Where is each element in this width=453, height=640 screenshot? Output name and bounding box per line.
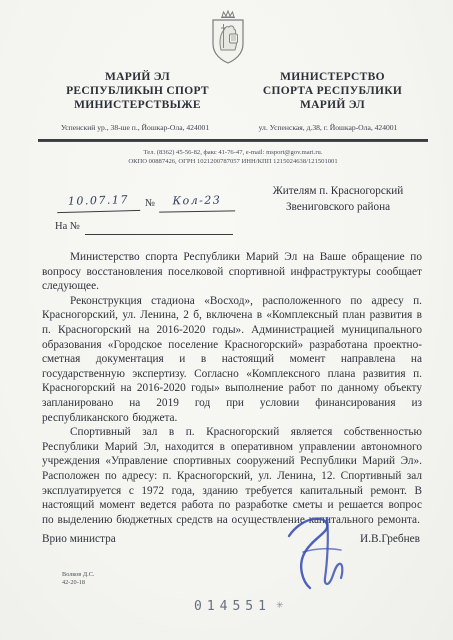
stamp-asterisk-icon: ✳: [276, 600, 284, 611]
scanned-letter-page: МАРИЙ ЭЛ РЕСПУБЛИКЫН СПОРТ МИНИСТЕРСТВЫЖ…: [0, 0, 453, 640]
address-left: Успенский ур., 38-ше п., Йошкар-Ола, 424…: [40, 123, 230, 132]
executor-note: Волков Д.С. 42-20-18: [62, 571, 95, 587]
org-name-russian-line1: МИНИСТЕРСТВО: [240, 70, 425, 84]
number-sign: №: [145, 198, 155, 209]
address-right: ул. Успенская, д.38, г. Йошкар-Ола, 4240…: [233, 123, 423, 132]
reply-label: На №: [55, 221, 80, 232]
header-divider: [38, 139, 428, 142]
signatory-position: Врио министра: [42, 533, 116, 545]
contact-phone-email: Тел. (8362) 45-56-82, факс 41-76-47, e-m…: [36, 149, 430, 158]
org-name-mari-line3: МИНИСТЕРСТВЫЖЕ: [45, 98, 230, 112]
signature-icon: [283, 508, 367, 596]
org-name-russian: МИНИСТЕРСТВО СПОРТА РЕСПУБЛИКИ МАРИЙ ЭЛ: [240, 70, 425, 112]
org-name-mari-line2: РЕСПУБЛИКЫН СПОРТ: [45, 84, 230, 98]
executor-name: Волков Д.С.: [62, 571, 95, 579]
contact-registry-codes: ОКПО 00887426, ОГРН 1021200787057 ИНН/КП…: [36, 158, 430, 167]
paragraph-stadium: Реконструкция стадиона «Восход», располо…: [42, 294, 422, 425]
stamped-number: 014551: [194, 599, 271, 614]
executor-phone: 42-20-18: [62, 579, 95, 587]
reference-line: 10.07.17 № Кол-23: [55, 196, 235, 216]
paragraph-intro: Министерство спорта Республики Марий Эл …: [42, 250, 422, 294]
org-name-russian-line2: СПОРТА РЕСПУБЛИКИ: [240, 84, 425, 98]
org-name-russian-line3: МАРИЙ ЭЛ: [240, 98, 425, 112]
recipient-block: Жителям п. Красногорский Звениговского р…: [248, 183, 428, 215]
handwritten-date: 10.07.17: [57, 193, 140, 213]
org-name-mari: МАРИЙ ЭЛ РЕСПУБЛИКЫН СПОРТ МИНИСТЕРСТВЫЖ…: [45, 70, 230, 112]
contact-info: Тел. (8362) 45-56-82, факс 41-76-47, e-m…: [36, 149, 430, 166]
reply-reference-line: На №: [55, 221, 235, 237]
signatory-name: И.В.Гребнев: [360, 533, 420, 545]
recipient-line1: Жителям п. Красногорский: [248, 183, 428, 199]
org-name-mari-line1: МАРИЙ ЭЛ: [45, 70, 230, 84]
letter-body: Министерство спорта Республики Марий Эл …: [42, 250, 422, 527]
handwritten-number: Кол-23: [159, 193, 235, 212]
recipient-line2: Звениговского района: [248, 199, 428, 215]
reply-blank-line: [85, 223, 233, 235]
coat-of-arms-icon: [199, 8, 257, 66]
